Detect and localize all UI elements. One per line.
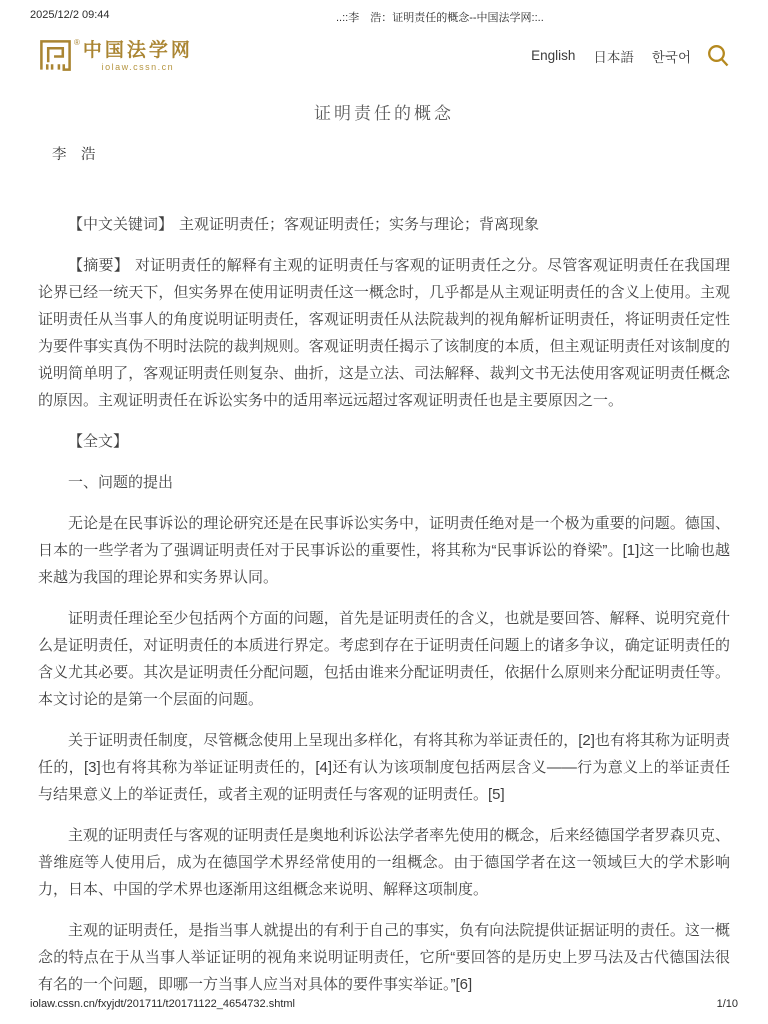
- search-icon: [707, 44, 730, 67]
- search-button[interactable]: [707, 44, 730, 67]
- lang-link-korean[interactable]: 한국어: [652, 46, 691, 66]
- body-paragraph: 无论是在民事诉讼的理论研究还是在民事诉讼实务中，证明责任绝对是一个极为重要的问题…: [38, 510, 730, 591]
- body-paragraph: 关于证明责任制度，尽管概念使用上呈现出多样化，有将其称为举证责任的，[2]也有将…: [38, 727, 730, 808]
- language-nav: English 日本語 한국어: [513, 44, 730, 67]
- body-paragraph: 证明责任理论至少包括两个方面的问题，首先是证明责任的含义，也就是要回答、解释、说…: [38, 605, 730, 713]
- lang-link-japanese[interactable]: 日本語: [593, 46, 634, 66]
- lang-link-english[interactable]: English: [531, 48, 575, 63]
- print-footer: iolaw.cssn.cn/fxyjdt/201711/t20171122_46…: [30, 998, 738, 1010]
- article-title: 证明责任的概念: [38, 99, 730, 124]
- print-preview-page: { "print_header": { "datetime": "2025/12…: [0, 0, 768, 1024]
- print-doc-title: ..::李 浩：证明责任的概念--中国法学网::..: [336, 9, 544, 25]
- body-paragraph: 主观的证明责任与客观的证明责任是奥地利诉讼法学者率先使用的概念，后来经德国学者罗…: [38, 822, 730, 903]
- abstract-text: 对证明责任的解释有主观的证明责任与客观的证明责任之分。尽管客观证明责任在我国理论…: [38, 257, 730, 409]
- body-paragraph: 主观的证明责任，是指当事人就提出的有利于自己的事实，负有向法院提供证据证明的责任…: [38, 917, 730, 998]
- site-logo[interactable]: ® 中国法学网 iolaw.cssn.cn: [38, 38, 193, 73]
- keywords-label: 【中文关键词】: [68, 216, 173, 233]
- abstract-label: 【摘要】: [68, 257, 129, 274]
- print-footer-url: iolaw.cssn.cn/fxyjdt/201711/t20171122_46…: [30, 998, 295, 1010]
- registered-mark: ®: [74, 38, 80, 48]
- keywords-text: 主观证明责任；客观证明责任；实务与理论；背离现象: [179, 216, 539, 233]
- keywords-line: 【中文关键词】主观证明责任；客观证明责任；实务与理论；背离现象: [38, 211, 730, 238]
- abstract: 【摘要】对证明责任的解释有主观的证明责任与客观的证明责任之分。尽管客观证明责任在…: [38, 252, 730, 414]
- logo-seal-icon: [38, 38, 73, 73]
- site-name: 中国法学网: [83, 40, 193, 62]
- article: 证明责任的概念 李 浩 【中文关键词】主观证明责任；客观证明责任；实务与理论；背…: [0, 99, 768, 998]
- print-datetime: 2025/12/2 09:44: [30, 9, 110, 21]
- site-url: iolaw.cssn.cn: [102, 62, 175, 73]
- article-author: 李 浩: [38, 143, 730, 164]
- print-header: 2025/12/2 09:44 ..::李 浩：证明责任的概念--中国法学网::…: [0, 0, 768, 26]
- section-heading: 一、问题的提出: [38, 469, 730, 496]
- site-header: ® 中国法学网 iolaw.cssn.cn English 日本語 한국어: [0, 26, 768, 73]
- print-page-number: 1/10: [717, 998, 738, 1010]
- fulltext-label: 【全文】: [38, 428, 730, 455]
